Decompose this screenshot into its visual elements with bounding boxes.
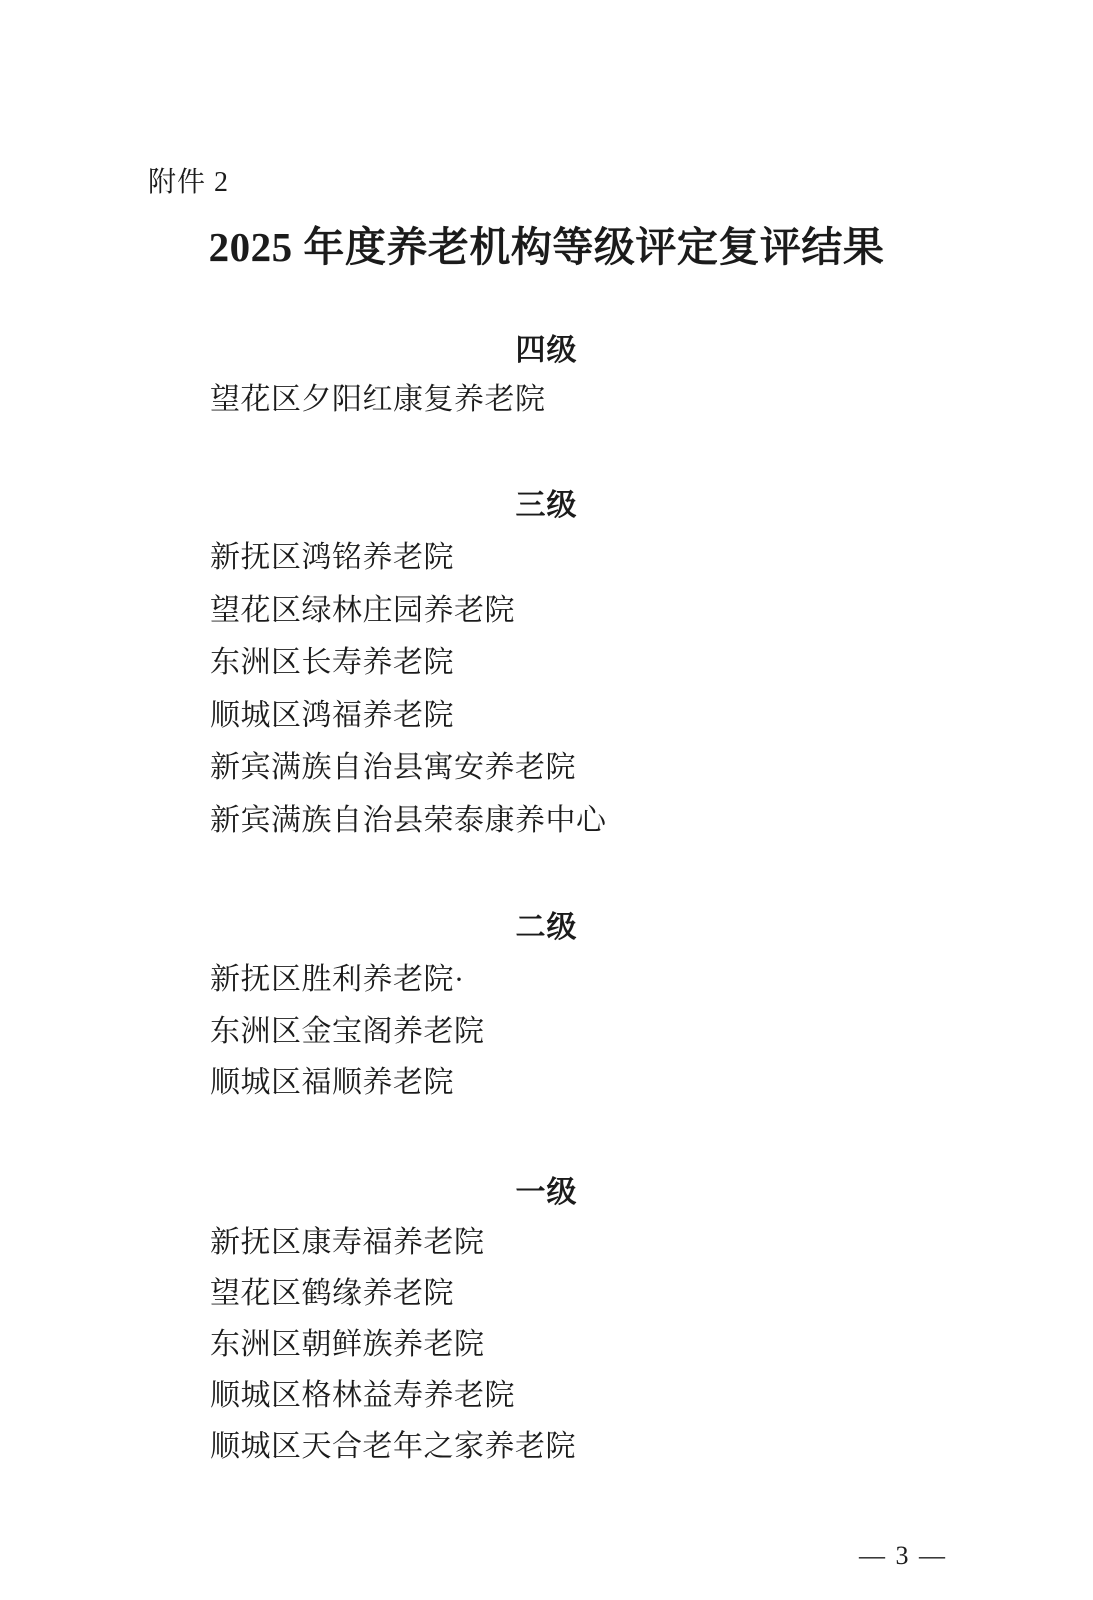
- facility-name: 新抚区康寿福养老院: [210, 1228, 576, 1258]
- section-heading-level-3: 三级: [0, 491, 1093, 521]
- facility-list-level-4: 望花区夕阳红康复养老院: [210, 385, 546, 437]
- facility-name: 新宾满族自治县荣泰康养中心: [210, 806, 607, 836]
- facility-name: 东洲区长寿养老院: [210, 648, 607, 678]
- facility-name: 新宾满族自治县寓安养老院: [210, 753, 607, 783]
- facility-name: 望花区鹤缘养老院: [210, 1279, 576, 1309]
- facility-name: 新抚区胜利养老院·: [210, 965, 485, 995]
- section-heading-level-4: 四级: [0, 336, 1093, 366]
- section-heading-level-2: 二级: [0, 913, 1093, 943]
- document-page: 附件 2 2025 年度养老机构等级评定复评结果 四级 望花区夕阳红康复养老院 …: [0, 0, 1093, 1600]
- facility-name: 望花区夕阳红康复养老院: [210, 385, 546, 415]
- facility-name: 东洲区金宝阁养老院: [210, 1017, 485, 1047]
- facility-list-level-3: 新抚区鸿铭养老院 望花区绿林庄园养老院 东洲区长寿养老院 顺城区鸿福养老院 新宾…: [210, 543, 607, 858]
- facility-name: 顺城区天合老年之家养老院: [210, 1432, 576, 1462]
- page-number: — 3 —: [859, 1543, 947, 1569]
- facility-list-level-1: 新抚区康寿福养老院 望花区鹤缘养老院 东洲区朝鲜族养老院 顺城区格林益寿养老院 …: [210, 1228, 576, 1483]
- section-heading-level-1: 一级: [0, 1178, 1093, 1208]
- facility-name: 望花区绿林庄园养老院: [210, 596, 607, 626]
- facility-name: 顺城区鸿福养老院: [210, 701, 607, 731]
- document-title: 2025 年度养老机构等级评定复评结果: [0, 224, 1093, 271]
- facility-name: 顺城区福顺养老院: [210, 1068, 485, 1098]
- facility-list-level-2: 新抚区胜利养老院· 东洲区金宝阁养老院 顺城区福顺养老院: [210, 965, 485, 1120]
- facility-name: 顺城区格林益寿养老院: [210, 1381, 576, 1411]
- facility-name: 新抚区鸿铭养老院: [210, 543, 607, 573]
- attachment-label: 附件 2: [148, 168, 229, 199]
- facility-name: 东洲区朝鲜族养老院: [210, 1330, 576, 1360]
